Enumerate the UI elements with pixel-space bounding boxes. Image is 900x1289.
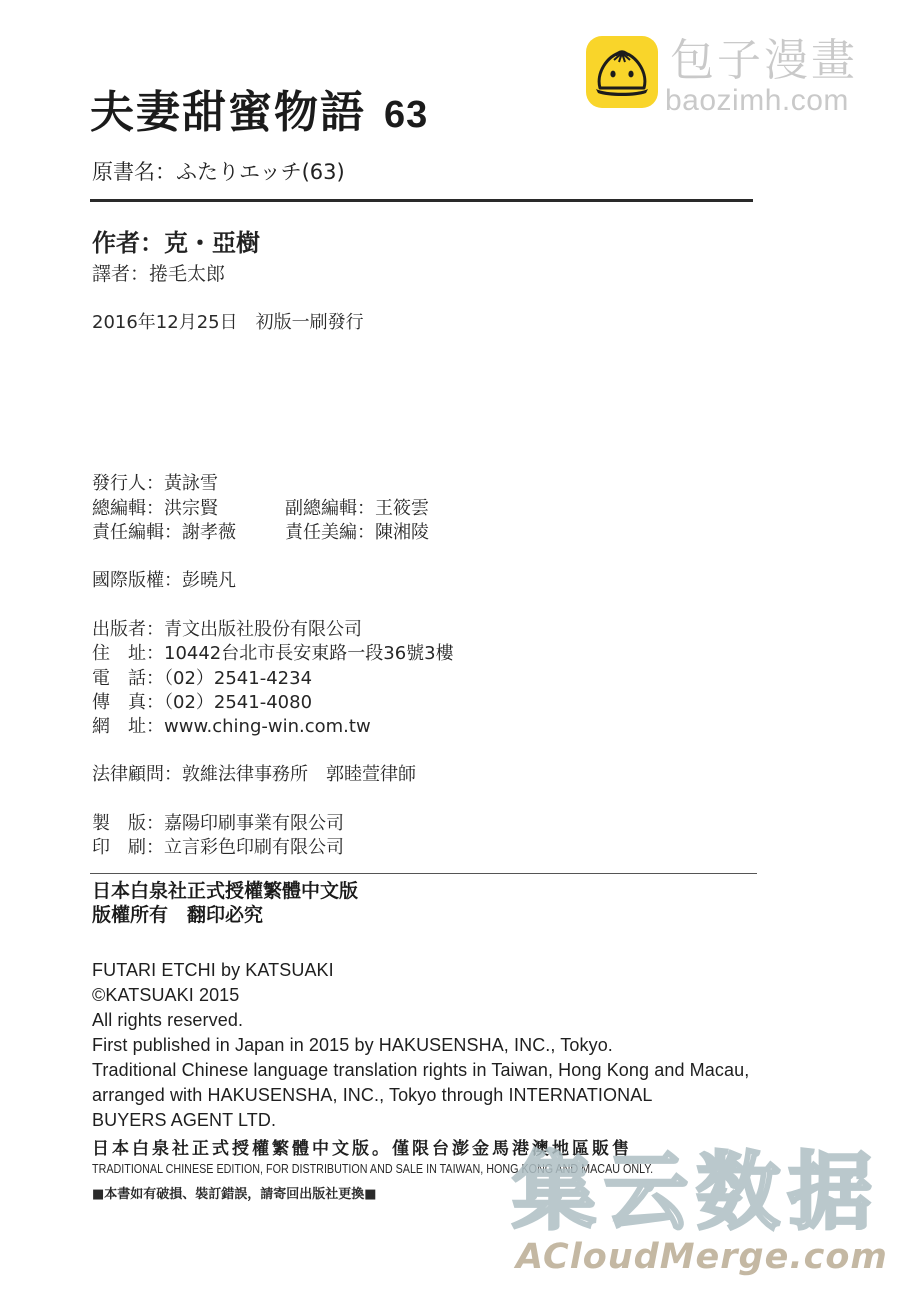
volume-number: 63: [384, 94, 428, 136]
logo-domain[interactable]: baozimh.com: [665, 84, 849, 118]
plate-row: 製 版：嘉陽印刷事業有限公司: [92, 812, 344, 836]
fax-label: 傳 真：: [92, 692, 164, 713]
divider: [90, 199, 753, 202]
publisher-person: 發行人：黃詠雪: [92, 472, 218, 496]
english-line: First published in Japan in 2015 by HAKU…: [92, 1033, 613, 1057]
phone-label: 電 話：: [92, 668, 164, 689]
fax: （02）2541-4080: [164, 692, 312, 713]
english-line: Traditional Chinese language translation…: [92, 1058, 749, 1082]
printer: 立言彩色印刷有限公司: [164, 837, 344, 858]
logo-name: 包子漫畫: [670, 36, 858, 86]
baozi-bun-icon: [586, 36, 658, 108]
address-label: 住 址：: [92, 643, 164, 664]
book-title: 夫妻甜蜜物語63: [90, 88, 428, 140]
rights-block: 日本白泉社正式授權繁體中文版 版權所有 翻印必究: [92, 879, 358, 927]
original-title: 原書名：ふたりエッチ(63): [92, 159, 345, 185]
english-line: All rights reserved.: [92, 1008, 243, 1032]
rights-line-1: 日本白泉社正式授權繁體中文版: [92, 879, 358, 903]
fax-row: 傳 真：（02）2541-4080: [92, 691, 312, 715]
english-line: FUTARI ETCHI by KATSUAKI: [92, 958, 334, 982]
plate-label: 製 版：: [92, 813, 164, 834]
address: 10442台北市長安東路一段36號3樓: [164, 643, 454, 664]
legal-counsel: 法律顧問：敦維法律事務所 郭睦萱律師: [92, 763, 416, 787]
print-label: 印 刷：: [92, 837, 164, 858]
web-row: 網 址：www.ching-win.com.tw: [92, 715, 371, 739]
editor: 責任編輯：謝孝薇: [92, 521, 236, 545]
damage-notice: ■本書如有破損、裝訂錯誤，請寄回出版社更換■: [92, 1186, 377, 1204]
phone-row: 電 話：（02）2541-4234: [92, 667, 312, 691]
divider: [90, 873, 757, 874]
author: 作者：克・亞樹: [92, 228, 260, 258]
english-line: ©KATSUAKI 2015: [92, 983, 239, 1007]
translator: 譯者：捲毛太郎: [92, 262, 225, 286]
phone: （02）2541-4234: [164, 668, 312, 689]
art-editor: 責任美編：陳湘陵: [285, 521, 429, 545]
intl-rights: 國際版權：彭曉凡: [92, 569, 236, 593]
print-row: 印 刷：立言彩色印刷有限公司: [92, 836, 344, 860]
deputy-chief-editor: 副總編輯：王筱雲: [285, 497, 429, 521]
english-line: BUYERS AGENT LTD.: [92, 1108, 276, 1132]
web-link[interactable]: www.ching-win.com.tw: [164, 716, 371, 737]
watermark-en: ACloudMerge.com: [516, 1236, 888, 1278]
rights-line-2: 版權所有 翻印必究: [92, 903, 358, 927]
address-row: 住 址：10442台北市長安東路一段36號3樓: [92, 642, 454, 666]
watermark-zh: 集云数据: [512, 1146, 880, 1238]
release-date: 2016年12月25日 初版一刷發行: [92, 311, 364, 335]
plate-maker: 嘉陽印刷事業有限公司: [164, 813, 344, 834]
chief-editor: 總編輯：洪宗賢: [92, 497, 218, 521]
web-label: 網 址：: [92, 716, 164, 737]
title-text: 夫妻甜蜜物語: [90, 87, 366, 138]
english-line: arranged with HAKUSENSHA, INC., Tokyo th…: [92, 1083, 652, 1107]
publisher-company: 出版者：青文出版社股份有限公司: [92, 618, 362, 642]
